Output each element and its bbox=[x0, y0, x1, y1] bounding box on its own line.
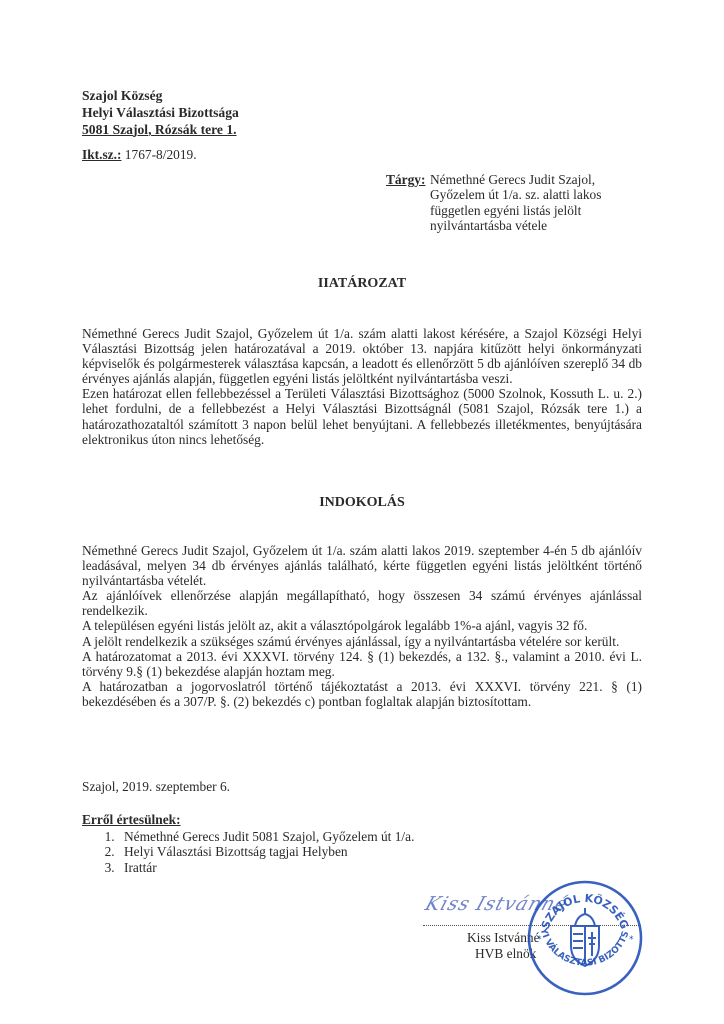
decision-body: Némethné Gerecs Judit Szajol, Győzelem ú… bbox=[82, 326, 642, 447]
issuer-committee: Helyi Választási Bizottsága bbox=[82, 105, 239, 122]
decision-heading: IIATÁROZAT bbox=[0, 276, 724, 292]
reasoning-paragraph: Némethné Gerecs Judit Szajol, Győzelem ú… bbox=[82, 543, 642, 588]
notification-item: Helyi Választási Bizottság tagjai Helybe… bbox=[118, 844, 414, 859]
subject-line: nyilvántartásba vétele bbox=[430, 218, 601, 233]
official-stamp-icon: SZAJOL KÖZSÉG HELYI VÁLASZTÁSI BIZOTTSÁG… bbox=[525, 878, 645, 998]
issuer-name: Szajol Község bbox=[82, 88, 239, 105]
reasoning-heading: INDOKOLÁS bbox=[0, 495, 724, 511]
svg-text:*: * bbox=[537, 935, 542, 945]
subject-lines: Némethné Gerecs Judit Szajol, Győzelem ú… bbox=[430, 172, 601, 234]
reasoning-paragraph: A határozatomat a 2013. évi XXXVI. törvé… bbox=[82, 649, 642, 679]
issuer-address: 5081 Szajol, Rózsák tere 1. bbox=[82, 122, 239, 139]
reference-number: Ikt.sz.: 1767-8/2019. bbox=[82, 147, 197, 163]
subject-line: Némethné Gerecs Judit Szajol, bbox=[430, 172, 601, 187]
issue-date: Szajol, 2019. szeptember 6. bbox=[82, 779, 230, 795]
svg-text:*: * bbox=[629, 935, 634, 945]
subject-block: Tárgy: Némethné Gerecs Judit Szajol, Győ… bbox=[386, 172, 429, 187]
notification-list: Erről értesülnek: Némethné Gerecs Judit … bbox=[82, 812, 414, 875]
subject-line: Győzelem út 1/a. sz. alatti lakos bbox=[430, 187, 601, 202]
notification-item: Irattár bbox=[118, 860, 414, 875]
reasoning-paragraph: A jelölt rendelkezik a szükséges számú é… bbox=[82, 634, 642, 649]
reasoning-body: Némethné Gerecs Judit Szajol, Győzelem ú… bbox=[82, 543, 642, 709]
reference-label: Ikt.sz.: bbox=[82, 147, 121, 162]
subject-line: független egyéni listás jelölt bbox=[430, 203, 601, 218]
notification-title: Erről értesülnek: bbox=[82, 812, 414, 828]
appeal-paragraph: Ezen határozat ellen fellebbezéssel a Te… bbox=[82, 386, 642, 446]
reasoning-paragraph: Az ajánlóívek ellenőrzése alapján megáll… bbox=[82, 588, 642, 618]
subject-label: Tárgy: bbox=[386, 172, 425, 187]
notification-item: Némethné Gerecs Judit 5081 Szajol, Győze… bbox=[118, 829, 414, 844]
reference-value: 1767-8/2019. bbox=[125, 147, 197, 162]
reasoning-paragraph: A településen egyéni listás jelölt az, a… bbox=[82, 618, 642, 633]
coat-of-arms-icon bbox=[571, 908, 599, 966]
reasoning-paragraph: A határozatban a jogorvoslatról történő … bbox=[82, 679, 642, 709]
issuer-header: Szajol Község Helyi Választási Bizottság… bbox=[82, 88, 239, 138]
decision-paragraph: Némethné Gerecs Judit Szajol, Győzelem ú… bbox=[82, 326, 642, 386]
